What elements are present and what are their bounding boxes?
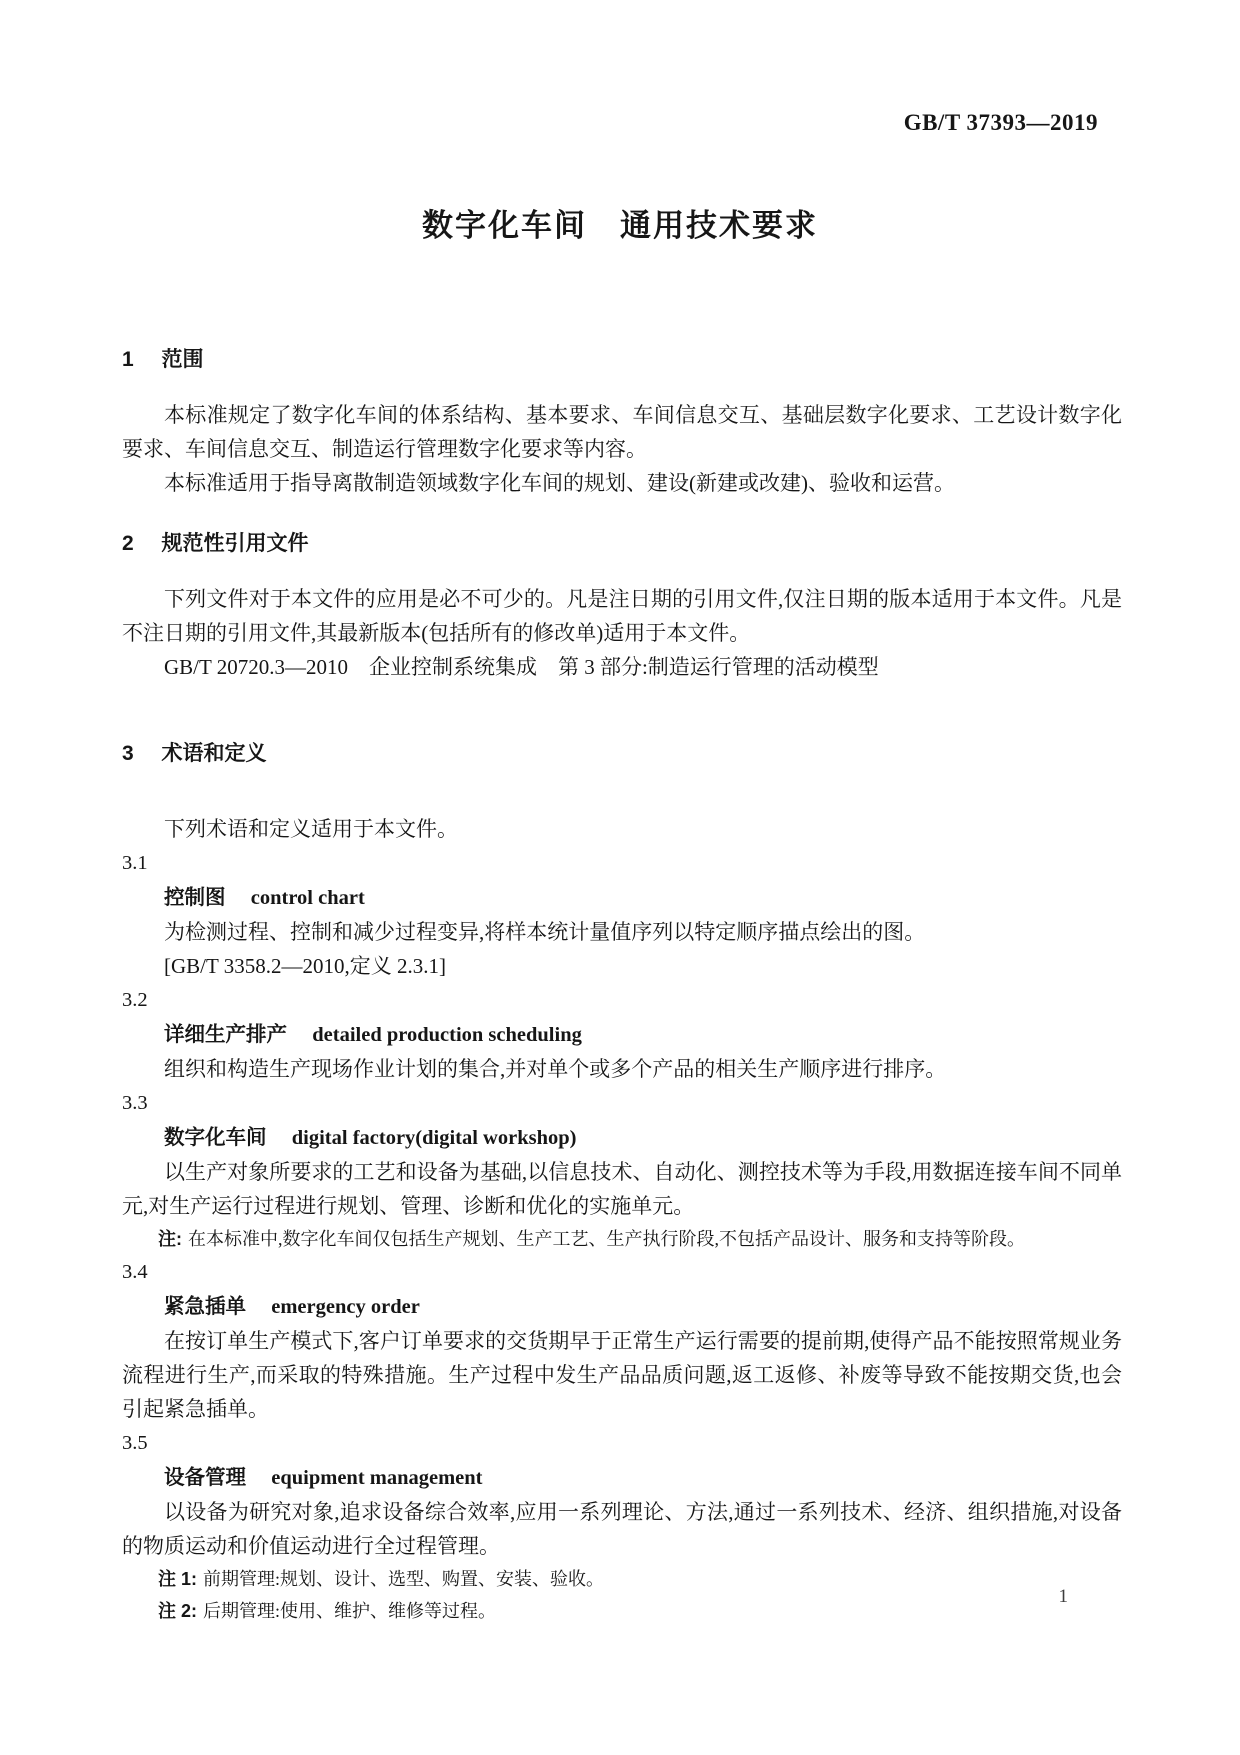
- term-note-1: 注 1:前期管理:规划、设计、选型、购置、安装、验收。: [158, 1563, 1122, 1595]
- term-heading: 控制图 control chart: [164, 880, 1122, 915]
- term-block-control-chart: 3.1 控制图 control chart 为检测过程、控制和减少过程变异,将样…: [122, 846, 1122, 983]
- term-name-zh: 详细生产排产: [164, 1023, 287, 1046]
- terms-intro: 下列术语和定义适用于本文件。: [122, 812, 1122, 846]
- page-number: 1: [1059, 1586, 1069, 1608]
- section-1-title: 范围: [162, 346, 204, 374]
- document-body: 1 范围 本标准规定了数字化车间的体系结构、基本要求、车间信息交互、基础层数字化…: [122, 332, 1122, 1627]
- note-label: 注:: [158, 1229, 182, 1249]
- document-page: GB/T 37393—2019 数字化车间 通用技术要求 1 范围 本标准规定了…: [0, 0, 1240, 1755]
- term-heading: 紧急插单 emergency order: [164, 1289, 1122, 1324]
- section-2-paragraph-1: 下列文件对于本文件的应用是必不可少的。凡是注日期的引用文件,仅注日期的版本适用于…: [122, 582, 1122, 650]
- document-title: 数字化车间 通用技术要求: [0, 200, 1240, 245]
- term-name-zh: 设备管理: [164, 1466, 246, 1489]
- term-number: 3.3: [122, 1086, 1122, 1120]
- note-text: 前期管理:规划、设计、选型、购置、安装、验收。: [203, 1569, 604, 1589]
- term-definition: 以生产对象所要求的工艺和设备为基础,以信息技术、自动化、测控技术等为手段,用数据…: [122, 1155, 1122, 1223]
- term-heading: 设备管理 equipment management: [164, 1460, 1122, 1495]
- term-heading: 数字化车间 digital factory(digital workshop): [164, 1120, 1122, 1155]
- term-definition: 以设备为研究对象,追求设备综合效率,应用一系列理论、方法,通过一系列技术、经济、…: [122, 1495, 1122, 1563]
- term-number: 3.5: [122, 1426, 1122, 1460]
- term-block-equipment-management: 3.5 设备管理 equipment management 以设备为研究对象,追…: [122, 1426, 1122, 1627]
- section-2-heading: 2 规范性引用文件: [122, 530, 1122, 558]
- term-name-zh: 数字化车间: [164, 1126, 267, 1149]
- term-name-en: digital factory(digital workshop): [292, 1127, 577, 1149]
- term-name-en: equipment management: [271, 1467, 482, 1489]
- term-note-2: 注 2:后期管理:使用、维护、维修等过程。: [158, 1595, 1122, 1627]
- note-text: 在本标准中,数字化车间仅包括生产规划、生产工艺、生产执行阶段,不包括产品设计、服…: [188, 1229, 1025, 1249]
- section-1-number: 1: [122, 346, 134, 374]
- term-block-detailed-production-scheduling: 3.2 详细生产排产 detailed production schedulin…: [122, 983, 1122, 1086]
- term-block-emergency-order: 3.4 紧急插单 emergency order 在按订单生产模式下,客户订单要…: [122, 1255, 1122, 1426]
- term-name-zh: 控制图: [164, 886, 226, 909]
- normative-reference: GB/T 20720.3—2010 企业控制系统集成 第 3 部分:制造运行管理…: [122, 650, 1122, 684]
- term-note: 注:在本标准中,数字化车间仅包括生产规划、生产工艺、生产执行阶段,不包括产品设计…: [158, 1223, 1122, 1255]
- section-3-heading: 3 术语和定义: [122, 740, 1122, 768]
- standard-number-header: GB/T 37393—2019: [122, 110, 1098, 136]
- term-name-en: detailed production scheduling: [312, 1024, 582, 1046]
- section-3-number: 3: [122, 740, 134, 768]
- term-definition: 为检测过程、控制和减少过程变异,将样本统计量值序列以特定顺序描点绘出的图。: [122, 915, 1122, 949]
- term-number: 3.1: [122, 846, 1122, 880]
- section-2-number: 2: [122, 530, 134, 558]
- term-name-en: control chart: [251, 887, 365, 909]
- term-heading: 详细生产排产 detailed production scheduling: [164, 1017, 1122, 1052]
- note-label: 注 1:: [158, 1569, 197, 1589]
- section-1-paragraph-2: 本标准适用于指导离散制造领域数字化车间的规划、建设(新建或改建)、验收和运营。: [122, 466, 1122, 500]
- term-name-en: emergency order: [271, 1296, 420, 1318]
- note-text: 后期管理:使用、维护、维修等过程。: [203, 1601, 496, 1621]
- section-3-title: 术语和定义: [162, 740, 267, 768]
- term-name-zh: 紧急插单: [164, 1295, 246, 1318]
- term-definition: 组织和构造生产现场作业计划的集合,并对单个或多个产品的相关生产顺序进行排序。: [122, 1052, 1122, 1086]
- section-2-title: 规范性引用文件: [162, 530, 309, 558]
- term-number: 3.4: [122, 1255, 1122, 1289]
- term-number: 3.2: [122, 983, 1122, 1017]
- term-definition: 在按订单生产模式下,客户订单要求的交货期早于正常生产运行需要的提前期,使得产品不…: [122, 1324, 1122, 1426]
- section-1-heading: 1 范围: [122, 346, 1122, 374]
- section-1-paragraph-1: 本标准规定了数字化车间的体系结构、基本要求、车间信息交互、基础层数字化要求、工艺…: [122, 398, 1122, 466]
- note-label: 注 2:: [158, 1601, 197, 1621]
- term-block-digital-factory: 3.3 数字化车间 digital factory(digital worksh…: [122, 1086, 1122, 1255]
- term-source-reference: [GB/T 3358.2—2010,定义 2.3.1]: [122, 949, 1122, 983]
